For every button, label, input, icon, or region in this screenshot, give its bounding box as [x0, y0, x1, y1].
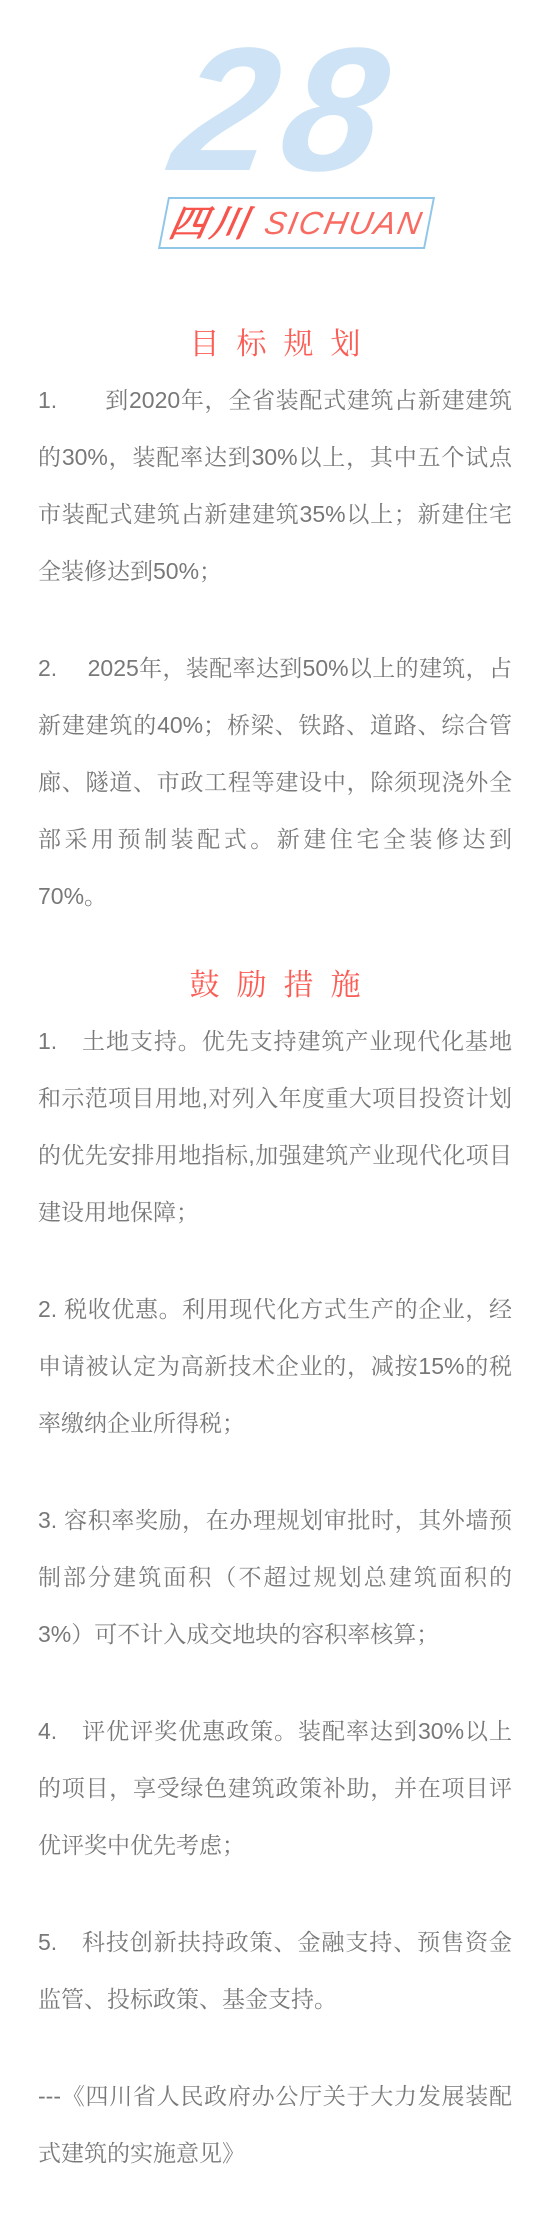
section-incentives: 鼓励措施 1. 土地支持。优先支持建筑产业现代化基地和示范项目用地,对列入年度重…: [38, 965, 512, 2028]
section-title-incentives: 鼓励措施: [38, 965, 512, 1007]
incentive-item-3: 3. 容积率奖励，在办理规划审批时，其外墙预制部分建筑面积（不超过规划总建筑面积…: [38, 1492, 512, 1663]
goals-paragraph-2: 2. 2025年，装配率达到50%以上的建筑，占新建建筑的40%；桥梁、铁路、道…: [38, 640, 512, 925]
incentive-item-2: 2. 税收优惠。利用现代化方式生产的企业，经申请被认定为高新技术企业的，减按15…: [38, 1281, 512, 1452]
entry-number: 28: [163, 28, 408, 193]
section-goals: 目标规划 1. 到2020年，全省装配式建筑占新建建筑的30%，装配率达到30%…: [38, 324, 512, 925]
content: 目标规划 1. 到2020年，全省装配式建筑占新建建筑的30%，装配率达到30%…: [0, 324, 550, 2182]
region-name-en: SICHUAN: [262, 207, 426, 239]
incentive-item-4: 4. 评优评奖优惠政策。装配率达到30%以上的项目，享受绿色建筑政策补助，并在项…: [38, 1703, 512, 1874]
header: 28 四川 SICHUAN: [0, 0, 550, 270]
region-badge: 四川 SICHUAN: [158, 197, 435, 249]
incentive-item-1: 1. 土地支持。优先支持建筑产业现代化基地和示范项目用地,对列入年度重大项目投资…: [38, 1013, 512, 1241]
incentive-item-5: 5. 科技创新扶持政策、金融支持、预售资金监管、投标政策、基金支持。: [38, 1914, 512, 2028]
infographic-page: 28 四川 SICHUAN 目标规划 1. 到2020年，全省装配式建筑占新建建…: [0, 0, 550, 2227]
goals-paragraph-1: 1. 到2020年，全省装配式建筑占新建建筑的30%，装配率达到30%以上，其中…: [38, 372, 512, 600]
source-citation: ---《四川省人民政府办公厅关于大力发展装配式建筑的实施意见》: [38, 2068, 512, 2182]
region-name-cn: 四川: [166, 205, 255, 242]
section-title-goals: 目标规划: [38, 324, 512, 366]
